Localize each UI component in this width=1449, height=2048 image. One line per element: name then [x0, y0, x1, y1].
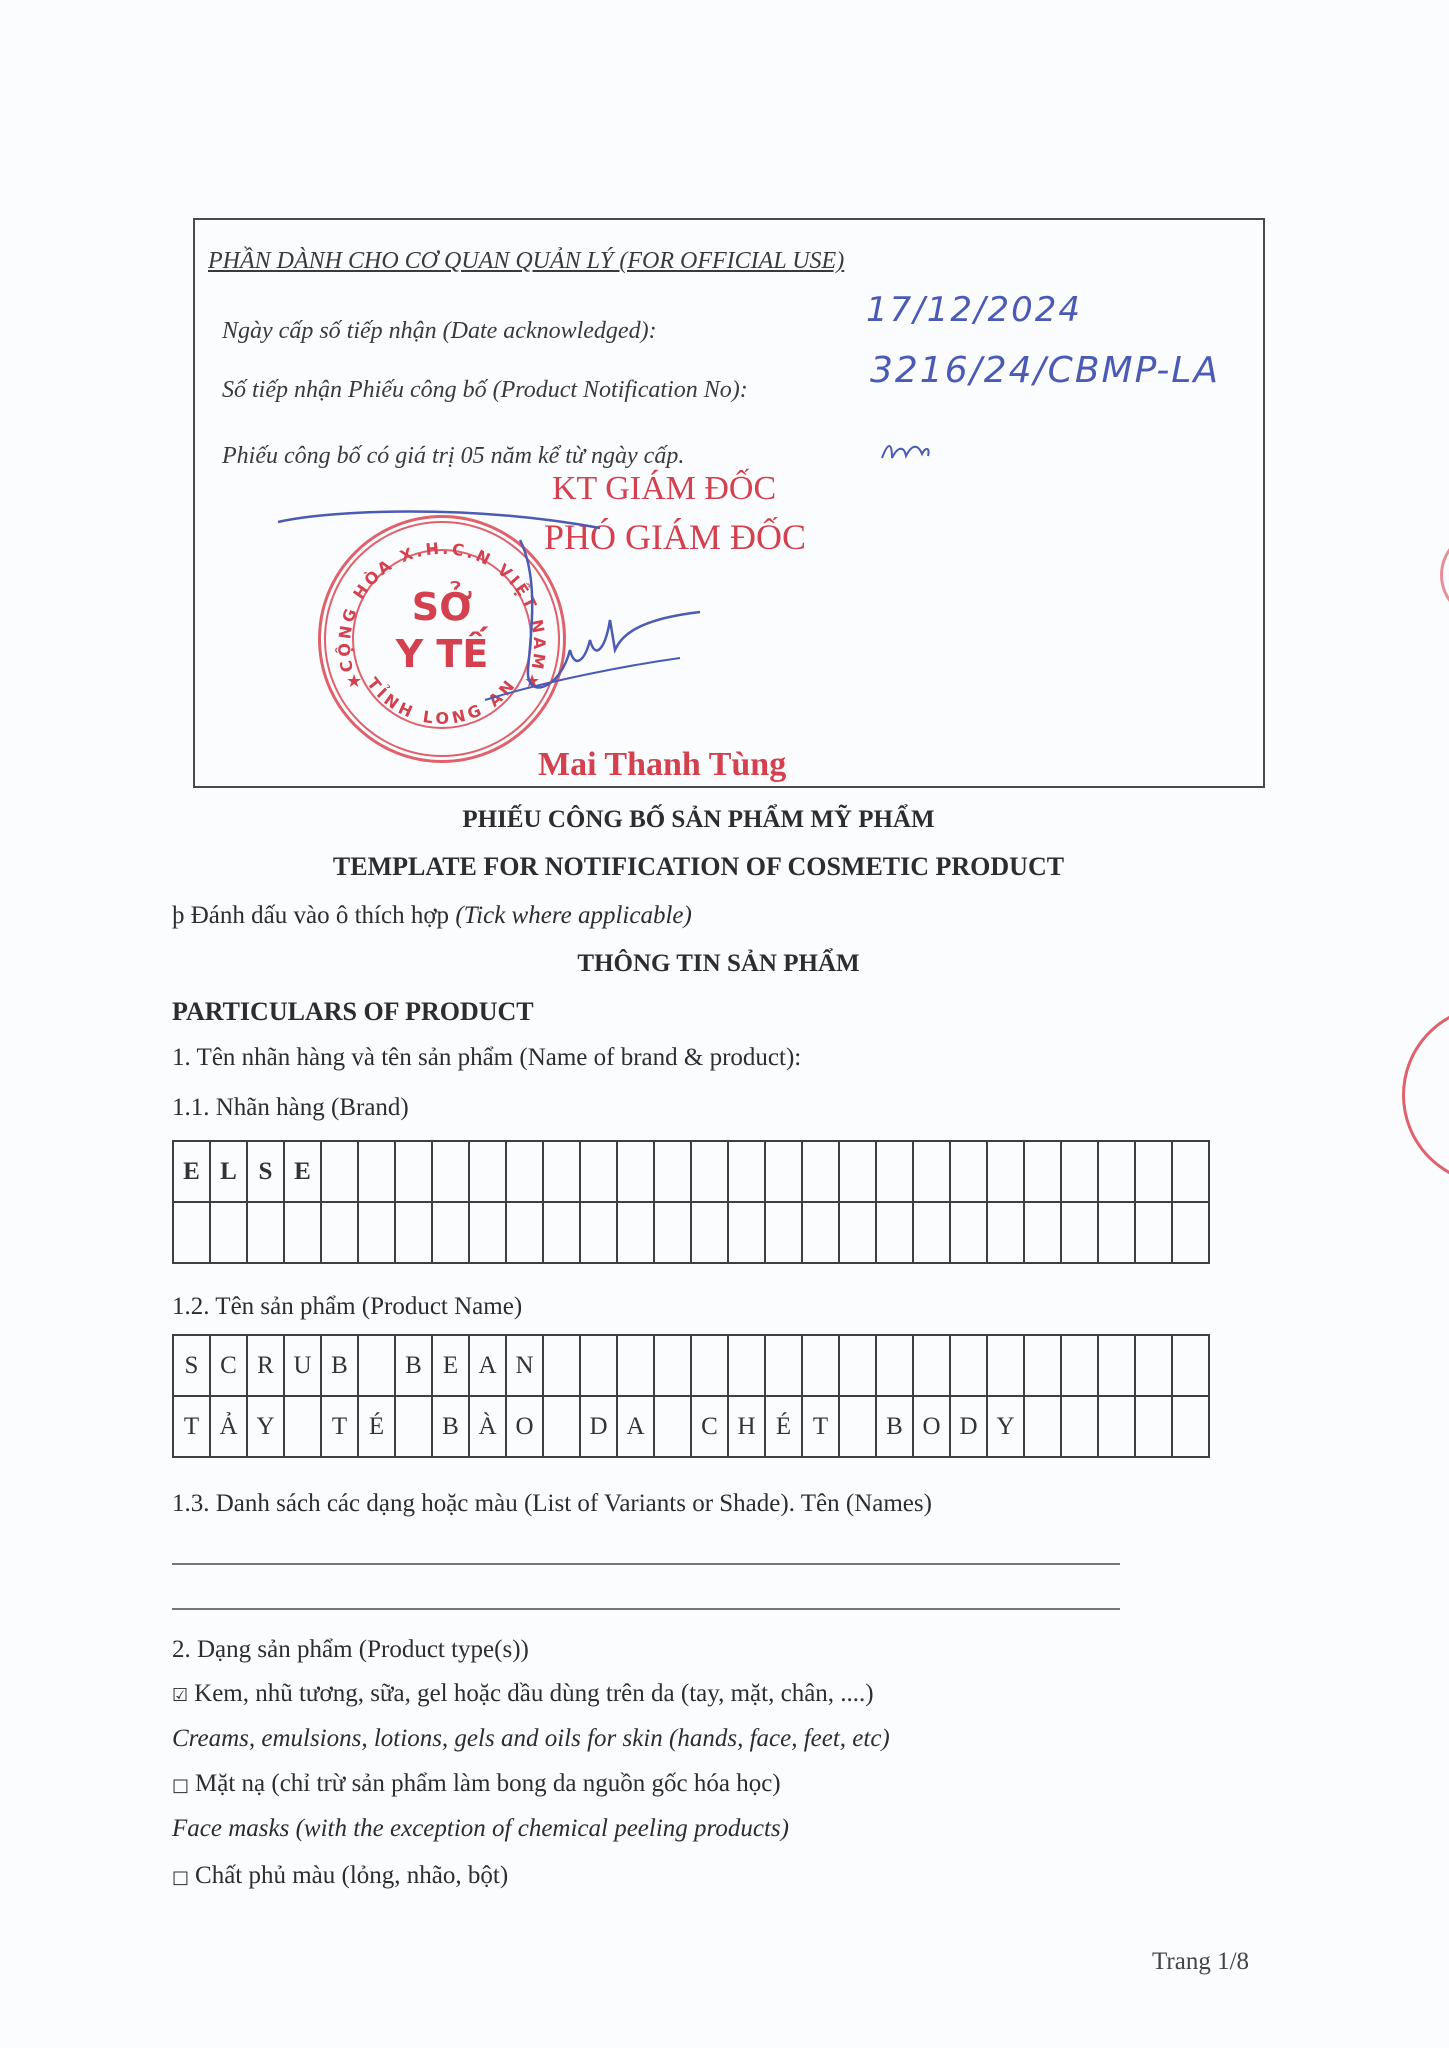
- grid-cell[interactable]: B: [432, 1396, 469, 1457]
- product-name-grid: SCRUBBEANTẢYTÉBÀODACHÉTBODY: [172, 1334, 1210, 1458]
- grid-cell[interactable]: [247, 1202, 284, 1263]
- grid-cell[interactable]: [1061, 1335, 1098, 1396]
- grid-cell[interactable]: B: [321, 1335, 358, 1396]
- grid-cell[interactable]: [839, 1202, 876, 1263]
- grid-cell[interactable]: [839, 1335, 876, 1396]
- grid-cell[interactable]: [617, 1141, 654, 1202]
- grid-cell[interactable]: [321, 1202, 358, 1263]
- product-type-label-vi: Kem, nhũ tương, sữa, gel hoặc dầu dùng t…: [194, 1680, 873, 1707]
- tick-note-en: (Tick where applicable): [455, 902, 692, 929]
- grid-cell[interactable]: [1135, 1202, 1172, 1263]
- grid-cell[interactable]: T: [173, 1396, 210, 1457]
- grid-cell[interactable]: [1098, 1335, 1135, 1396]
- grid-cell[interactable]: [691, 1335, 728, 1396]
- grid-cell[interactable]: [543, 1141, 580, 1202]
- grid-cell[interactable]: [654, 1396, 691, 1457]
- date-acknowledged-label: Ngày cấp số tiếp nhận (Date acknowledged…: [222, 318, 657, 345]
- grid-cell[interactable]: [1024, 1396, 1061, 1457]
- grid-cell[interactable]: [358, 1141, 395, 1202]
- signer-name: Mai Thanh Tùng: [538, 746, 786, 784]
- grid-cell[interactable]: [839, 1141, 876, 1202]
- grid-cell[interactable]: [876, 1202, 913, 1263]
- grid-cell[interactable]: [987, 1202, 1024, 1263]
- item-1-1-label: 1.1. Nhãn hàng (Brand): [172, 1094, 409, 1122]
- item-1-3-label: 1.3. Danh sách các dạng hoặc màu (List o…: [172, 1490, 932, 1518]
- grid-cell[interactable]: [432, 1202, 469, 1263]
- grid-cell[interactable]: S: [247, 1141, 284, 1202]
- grid-cell[interactable]: S: [173, 1335, 210, 1396]
- grid-cell[interactable]: A: [617, 1396, 654, 1457]
- grid-cell[interactable]: [728, 1335, 765, 1396]
- grid-cell[interactable]: B: [876, 1396, 913, 1457]
- grid-cell[interactable]: T: [321, 1396, 358, 1457]
- grid-cell[interactable]: [728, 1202, 765, 1263]
- grid-cell[interactable]: [210, 1202, 247, 1263]
- grid-cell[interactable]: O: [913, 1396, 950, 1457]
- grid-cell[interactable]: [1024, 1202, 1061, 1263]
- grid-cell[interactable]: [765, 1335, 802, 1396]
- checkbox-unchecked-icon[interactable]: □: [172, 1775, 189, 1796]
- grid-cell[interactable]: [1172, 1202, 1209, 1263]
- grid-cell[interactable]: C: [210, 1335, 247, 1396]
- grid-cell[interactable]: E: [284, 1141, 321, 1202]
- grid-cell[interactable]: [950, 1202, 987, 1263]
- grid-cell[interactable]: [1061, 1141, 1098, 1202]
- grid-cell[interactable]: [654, 1202, 691, 1263]
- grid-cell[interactable]: [580, 1141, 617, 1202]
- grid-cell[interactable]: [395, 1202, 432, 1263]
- grid-cell[interactable]: [580, 1335, 617, 1396]
- grid-cell[interactable]: [284, 1396, 321, 1457]
- grid-cell[interactable]: [284, 1202, 321, 1263]
- grid-cell[interactable]: C: [691, 1396, 728, 1457]
- grid-row: ELSE: [173, 1141, 1209, 1202]
- grid-cell[interactable]: [1024, 1335, 1061, 1396]
- grid-cell[interactable]: E: [432, 1335, 469, 1396]
- grid-cell[interactable]: [506, 1202, 543, 1263]
- grid-cell[interactable]: [1135, 1141, 1172, 1202]
- grid-cell[interactable]: [1172, 1396, 1209, 1457]
- grid-cell[interactable]: [395, 1141, 432, 1202]
- partial-stamp-bottom: [1402, 1005, 1449, 1185]
- grid-cell[interactable]: L: [210, 1141, 247, 1202]
- item-1-label: 1. Tên nhãn hàng và tên sản phẩm (Name o…: [172, 1044, 801, 1072]
- product-type-label-en: Face masks (with the exception of chemic…: [172, 1815, 789, 1843]
- grid-cell[interactable]: Ả: [210, 1396, 247, 1457]
- grid-cell[interactable]: [321, 1141, 358, 1202]
- grid-cell[interactable]: [543, 1396, 580, 1457]
- variants-line-2[interactable]: [172, 1608, 1120, 1610]
- grid-cell[interactable]: [580, 1202, 617, 1263]
- grid-cell[interactable]: Y: [987, 1396, 1024, 1457]
- grid-cell[interactable]: [691, 1141, 728, 1202]
- section-title-vi: THÔNG TIN SẢN PHẨM: [0, 950, 1443, 978]
- grid-cell[interactable]: [358, 1202, 395, 1263]
- product-type-option: ☑Kem, nhũ tương, sữa, gel hoặc dầu dùng …: [172, 1680, 874, 1708]
- grid-cell[interactable]: H: [728, 1396, 765, 1457]
- grid-cell[interactable]: [1135, 1396, 1172, 1457]
- variants-line-1[interactable]: [172, 1563, 1120, 1565]
- grid-cell[interactable]: É: [765, 1396, 802, 1457]
- date-acknowledged-value: 17/12/2024: [866, 290, 1082, 330]
- grid-cell[interactable]: [876, 1141, 913, 1202]
- validity-text: Phiếu công bố có giá trị 05 năm kể từ ng…: [222, 443, 684, 470]
- grid-cell[interactable]: R: [247, 1335, 284, 1396]
- grid-cell[interactable]: [654, 1335, 691, 1396]
- grid-cell[interactable]: T: [802, 1396, 839, 1457]
- checkbox-checked-icon[interactable]: ☑: [172, 1685, 188, 1706]
- grid-cell[interactable]: [876, 1335, 913, 1396]
- grid-cell[interactable]: [617, 1335, 654, 1396]
- grid-cell[interactable]: [950, 1335, 987, 1396]
- brand-grid: ELSE: [172, 1140, 1210, 1264]
- grid-cell[interactable]: Y: [247, 1396, 284, 1457]
- grid-cell[interactable]: [1135, 1335, 1172, 1396]
- grid-cell[interactable]: [987, 1335, 1024, 1396]
- grid-cell[interactable]: A: [469, 1335, 506, 1396]
- grid-row: TẢYTÉBÀODACHÉTBODY: [173, 1396, 1209, 1457]
- section-title-en: PARTICULARS OF PRODUCT: [172, 997, 534, 1027]
- grid-cell[interactable]: [654, 1141, 691, 1202]
- product-type-option: □Mặt nạ (chỉ trừ sản phẩm làm bong da ng…: [172, 1770, 781, 1798]
- notification-number-value: 3216/24/CBMP-LA: [870, 350, 1220, 391]
- grid-cell[interactable]: [802, 1141, 839, 1202]
- grid-cell[interactable]: [543, 1202, 580, 1263]
- grid-cell[interactable]: [395, 1396, 432, 1457]
- grid-cell[interactable]: [987, 1141, 1024, 1202]
- grid-row: SCRUBBEAN: [173, 1335, 1209, 1396]
- grid-cell[interactable]: [802, 1202, 839, 1263]
- notification-number-label: Số tiếp nhận Phiếu công bố (Product Noti…: [222, 377, 748, 404]
- grid-cell[interactable]: [469, 1202, 506, 1263]
- grid-cell[interactable]: [1098, 1141, 1135, 1202]
- grid-cell[interactable]: [728, 1141, 765, 1202]
- initials-signature-icon: [878, 436, 938, 466]
- tick-note-vi: þ Đánh dấu vào ô thích hợp: [172, 902, 455, 929]
- grid-cell[interactable]: B: [395, 1335, 432, 1396]
- document-title-en: TEMPLATE FOR NOTIFICATION OF COSMETIC PR…: [0, 852, 1423, 882]
- grid-cell[interactable]: [691, 1202, 728, 1263]
- signature-icon: [270, 500, 710, 730]
- grid-cell[interactable]: [173, 1202, 210, 1263]
- grid-cell[interactable]: [1024, 1141, 1061, 1202]
- tick-note: þ Đánh dấu vào ô thích hợp (Tick where a…: [172, 902, 692, 930]
- product-type-label-en: Creams, emulsions, lotions, gels and oil…: [172, 1725, 890, 1753]
- grid-cell[interactable]: É: [358, 1396, 395, 1457]
- grid-cell[interactable]: À: [469, 1396, 506, 1457]
- grid-cell[interactable]: [1172, 1335, 1209, 1396]
- grid-cell[interactable]: [617, 1202, 654, 1263]
- grid-cell[interactable]: [839, 1396, 876, 1457]
- grid-cell[interactable]: N: [506, 1335, 543, 1396]
- grid-cell[interactable]: [506, 1141, 543, 1202]
- grid-cell[interactable]: O: [506, 1396, 543, 1457]
- grid-cell[interactable]: [1061, 1202, 1098, 1263]
- grid-cell[interactable]: [913, 1141, 950, 1202]
- grid-cell[interactable]: [950, 1141, 987, 1202]
- grid-cell[interactable]: [913, 1202, 950, 1263]
- grid-row: [173, 1202, 1209, 1263]
- grid-cell[interactable]: [765, 1141, 802, 1202]
- item-1-2-label: 1.2. Tên sản phẩm (Product Name): [172, 1293, 522, 1321]
- grid-cell[interactable]: [358, 1335, 395, 1396]
- grid-cell[interactable]: [1098, 1396, 1135, 1457]
- grid-cell[interactable]: E: [173, 1141, 210, 1202]
- partial-stamp-top: [1440, 530, 1449, 620]
- product-type-label-vi: Chất phủ màu (lỏng, nhão, bột): [195, 1862, 508, 1889]
- grid-cell[interactable]: D: [950, 1396, 987, 1457]
- product-type-option: □Chất phủ màu (lỏng, nhão, bột): [172, 1862, 508, 1890]
- grid-cell[interactable]: [543, 1335, 580, 1396]
- grid-cell[interactable]: [469, 1141, 506, 1202]
- item-2-label: 2. Dạng sản phẩm (Product type(s)): [172, 1636, 529, 1664]
- document-title-vi: PHIẾU CÔNG BỐ SẢN PHẨM MỸ PHẨM: [0, 806, 1423, 834]
- grid-cell[interactable]: [802, 1335, 839, 1396]
- page-number: Trang 1/8: [1152, 1948, 1249, 1976]
- official-use-heading: PHẦN DÀNH CHO CƠ QUAN QUẢN LÝ (FOR OFFIC…: [208, 248, 844, 275]
- grid-cell[interactable]: U: [284, 1335, 321, 1396]
- grid-cell[interactable]: [1098, 1202, 1135, 1263]
- checkbox-unchecked-icon[interactable]: □: [172, 1867, 189, 1888]
- grid-cell[interactable]: [1061, 1396, 1098, 1457]
- grid-cell[interactable]: [432, 1141, 469, 1202]
- grid-cell[interactable]: [913, 1335, 950, 1396]
- grid-cell[interactable]: [1172, 1141, 1209, 1202]
- grid-cell[interactable]: D: [580, 1396, 617, 1457]
- product-type-label-vi: Mặt nạ (chỉ trừ sản phẩm làm bong da ngu…: [195, 1770, 781, 1797]
- grid-cell[interactable]: [765, 1202, 802, 1263]
